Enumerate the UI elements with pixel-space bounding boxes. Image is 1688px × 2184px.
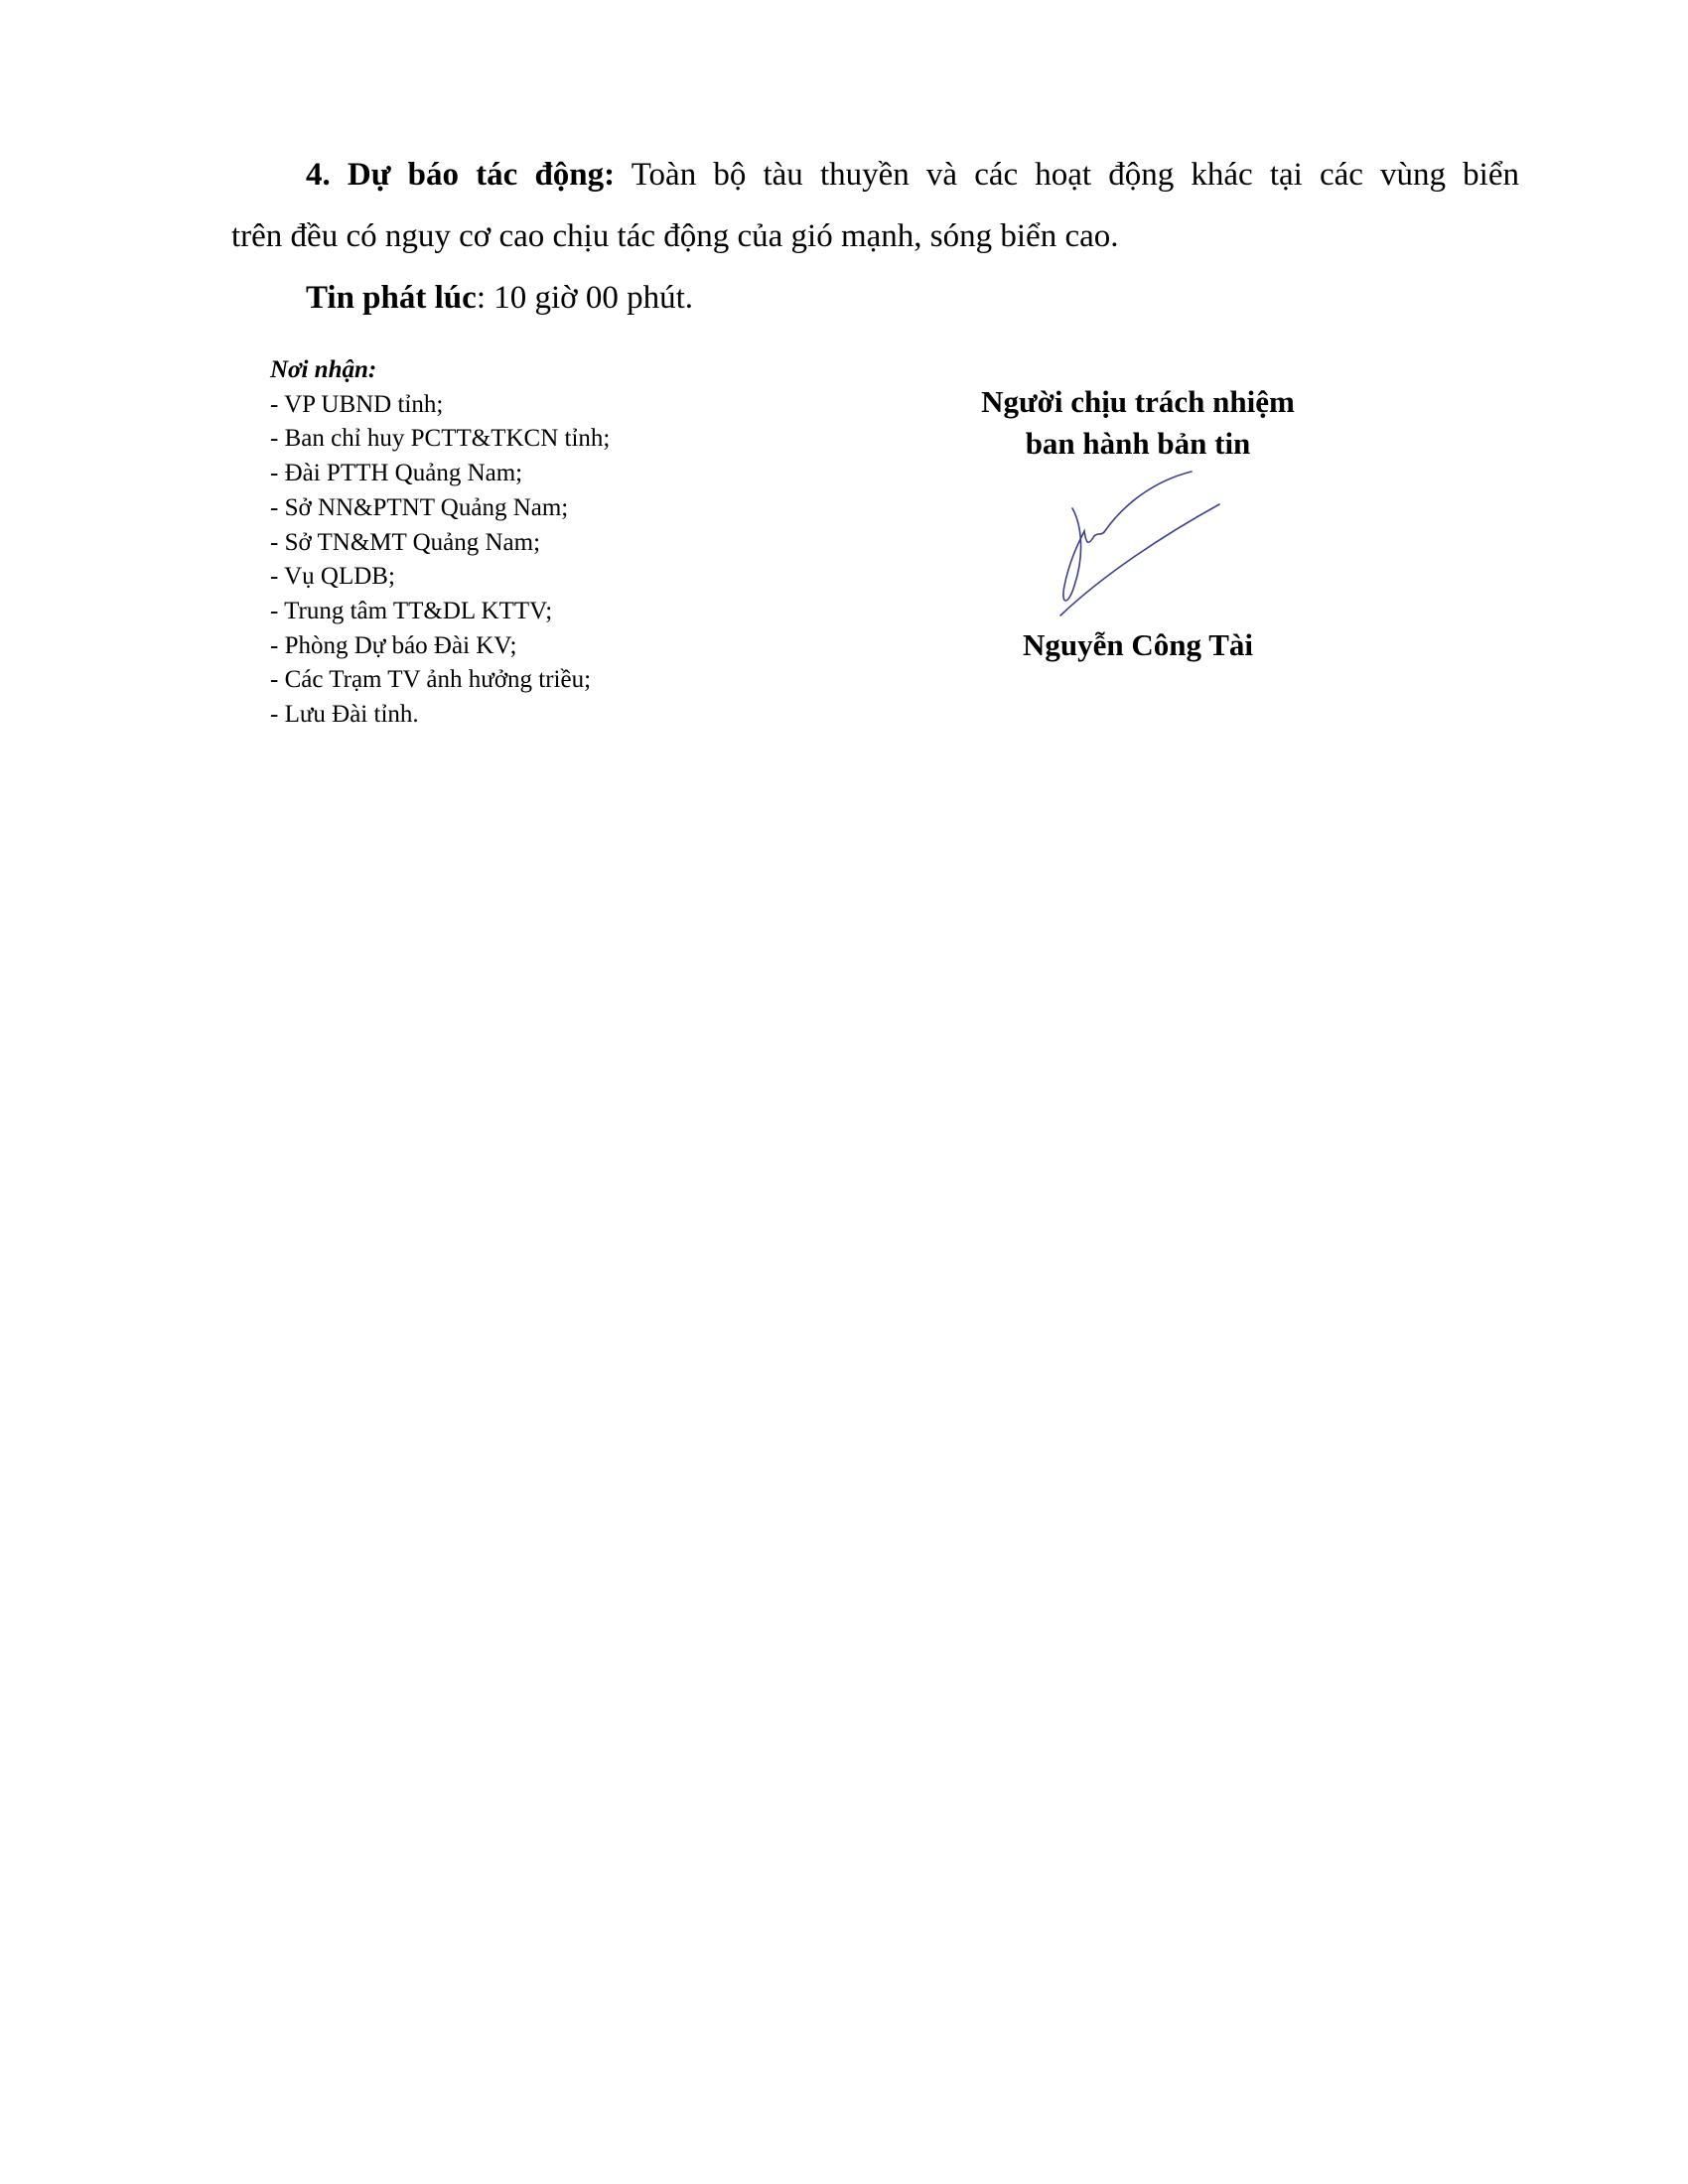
recipient-item: - Lưu Đài tỉnh. bbox=[270, 698, 610, 733]
recipient-item: - Các Trạm TV ảnh hưởng triều; bbox=[270, 663, 610, 698]
recipient-item: - Vụ QLDB; bbox=[270, 560, 610, 595]
recipients-title: Nơi nhận: bbox=[270, 353, 610, 388]
recipient-item: - Trung tâm TT&DL KTTV; bbox=[270, 595, 610, 629]
recipient-item: - Sở NN&PTNT Quảng Nam; bbox=[270, 491, 610, 526]
recipient-item: - Ban chỉ huy PCTT&TKCN tỉnh; bbox=[270, 422, 610, 457]
recipient-item: - VP UBND tỉnh; bbox=[270, 388, 610, 423]
recipient-item: - Đài PTTH Quảng Nam; bbox=[270, 457, 610, 491]
recipient-item: - Sở TN&MT Quảng Nam; bbox=[270, 526, 610, 561]
signer-role-line1: Người chịu trách nhiệm bbox=[900, 381, 1376, 423]
impact-paragraph-line2: trên đều có nguy cơ cao chịu tác động củ… bbox=[231, 216, 1119, 256]
handwritten-signature-icon bbox=[1053, 467, 1251, 625]
issued-value: 10 giờ 00 phút. bbox=[486, 280, 693, 316]
signer-role-line2: ban hành bản tin bbox=[900, 423, 1376, 465]
impact-paragraph-line1: 4. Dự báo tác động: Toàn bộ tàu thuyền v… bbox=[306, 155, 1519, 195]
recipient-item: - Phòng Dự báo Đài KV; bbox=[270, 629, 610, 664]
recipients-list: Nơi nhận: - VP UBND tỉnh; - Ban chỉ huy … bbox=[270, 353, 610, 733]
issued-sep: : bbox=[477, 280, 486, 316]
impact-label: 4. Dự báo tác động: bbox=[306, 157, 615, 193]
signer-name: Nguyễn Công Tài bbox=[900, 627, 1376, 663]
signer-role: Người chịu trách nhiệm ban hành bản tin bbox=[900, 381, 1376, 465]
issued-time: Tin phát lúc: 10 giờ 00 phút. bbox=[306, 278, 693, 318]
issued-label: Tin phát lúc bbox=[306, 280, 477, 316]
impact-text: Toàn bộ tàu thuyền và các hoạt động khác… bbox=[615, 157, 1519, 193]
